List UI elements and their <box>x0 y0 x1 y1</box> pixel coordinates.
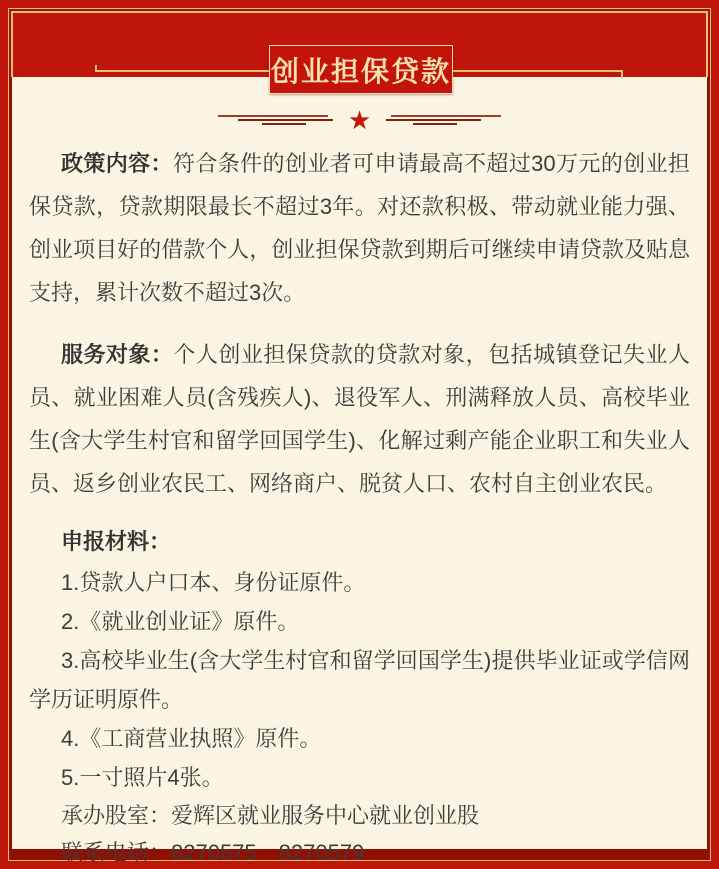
title-banner: 创业担保贷款 <box>269 45 453 94</box>
audience-label: 服务对象： <box>61 342 173 367</box>
content-panel: ★ 政策内容：符合条件的创业者可申请最高不超过30万元的创业担保贷款，贷款期限最… <box>10 77 709 860</box>
divider-lines-left <box>218 115 334 125</box>
material-item-3: 3.高校毕业生(含大学生村官和留学回国学生)提供毕业证或学信网学历证明原件。 <box>29 641 690 719</box>
material-item-5: 5.一寸照片4张。 <box>29 758 690 797</box>
audience-paragraph: 服务对象：个人创业担保贷款的贷款对象，包括城镇登记失业人员、就业困难人员(含残疾… <box>29 333 690 505</box>
page-title: 创业担保贷款 <box>271 50 451 90</box>
phone-line: 联系电话：8270575 8270579 <box>29 834 690 869</box>
office-line: 承办股室：爱辉区就业服务中心就业创业股 <box>29 797 690 834</box>
star-divider: ★ <box>29 107 690 133</box>
header-rule-right-cap <box>621 72 623 78</box>
material-item-1: 1.贷款人户口本、身份证原件。 <box>29 563 690 602</box>
policy-label: 政策内容： <box>61 151 173 176</box>
header-rule-left-cap <box>95 65 97 70</box>
policy-paragraph: 政策内容：符合条件的创业者可申请最高不超过30万元的创业担保贷款，贷款期限最长不… <box>29 142 690 314</box>
material-item-4: 4.《工商营业执照》原件。 <box>29 719 690 758</box>
poster-page: 创业担保贷款 ★ 政策内容：符合条件的创业者可申请最高不超过30万元的创业担保贷… <box>0 0 719 869</box>
star-icon: ★ <box>348 107 371 133</box>
material-item-2: 2.《就业创业证》原件。 <box>29 602 690 641</box>
divider-lines-right <box>385 115 501 125</box>
materials-heading: 申报材料： <box>29 520 690 563</box>
